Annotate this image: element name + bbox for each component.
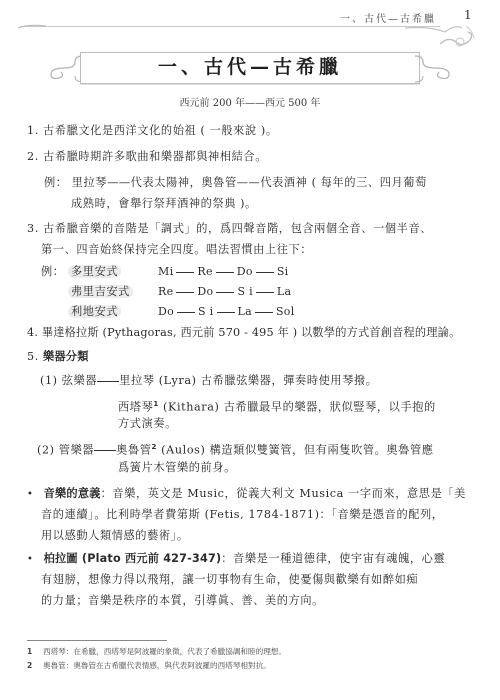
mode-example-label: 例：	[41, 265, 65, 279]
mode-scale-lydian: DoS iLaSol	[158, 305, 295, 319]
footnote-number: 2	[27, 660, 43, 671]
aulos-line-continued: 爲簧片木管樂的前身。	[118, 461, 236, 475]
mode-name: 多里安式	[68, 265, 121, 279]
example-label: 例：	[44, 176, 68, 189]
item-text: 古希臘文化是西洋文化的始祖 ( 一般來說 )。	[43, 124, 278, 137]
item-number: 1.	[27, 124, 39, 137]
bullet-heading: 柏拉圖 (Plato 西元前 427-347)	[44, 552, 222, 565]
kithara-line: 西塔琴1 (Kithara) 古希臘最早的樂器，狀似豎琴，以手抱的	[118, 397, 436, 415]
wind-instruments: (2) 管樂器奧魯管2 (Aulos) 構造類似雙簧管，但有兩隻吹管。奧魯管應	[37, 440, 434, 458]
bullet-plato: • 柏拉圖 (Plato 西元前 427-347)：音樂是一種道德律，使宇宙有魂…	[27, 552, 445, 567]
list-item-4: 4. 畢達格拉斯 (Pythagoras, 西元前 570 - 495 年 ) …	[27, 326, 460, 340]
example-line: 例： 里拉琴——代表太陽神，奧魯管——代表酒神 ( 每年的三、四月葡萄	[44, 176, 427, 190]
item-number: 2.	[27, 150, 39, 163]
bullet-heading: 音樂的意義	[44, 487, 101, 500]
example-text: 里拉琴——代表太陽神，奧魯管——代表酒神 ( 每年的三、四月葡萄	[72, 176, 427, 189]
chapter-title: 一、古代—古希臘	[80, 53, 420, 81]
string-instruments: (1) 弦樂器里拉琴 (Lyra) 古希臘弦樂器，彈奏時使用琴撥。	[40, 374, 378, 388]
list-item-1: 1. 古希臘文化是西洋文化的始祖 ( 一般來說 )。	[27, 124, 278, 138]
item-number: 4.	[27, 326, 38, 339]
bullet-line: 音的連續」。比利時學者費第斯 (Fetis, 1784-1871)：「音樂是憑音…	[41, 508, 444, 522]
list-item-2: 2. 古希臘時期許多歌曲和樂器都與神相結合。	[27, 150, 267, 164]
example-line-continued: 成熟時，會舉行祭拜酒神的祭典 )。	[71, 197, 257, 211]
mode-name-dorian: 多里安式	[68, 265, 121, 278]
item-number: 5.	[27, 350, 39, 363]
item-text: 畢達格拉斯 (Pythagoras, 西元前 570 - 495 年 ) 以數學…	[42, 326, 461, 339]
bullet-line: 用以感動人類情感的藝術」。	[41, 529, 189, 543]
category-text: 里拉琴 (Lyra) 古希臘弦樂器，彈奏時使用琴撥。	[119, 374, 377, 387]
item-text: 古希臘時期許多歌曲和樂器都與神相結合。	[43, 150, 267, 163]
page-number: 1	[464, 8, 472, 22]
item-number: 3.	[27, 222, 39, 235]
footnote-text: 西塔琴：在希臘，西塔琴是阿波羅的象徵，代表了希臘協調和睦的理想。	[43, 647, 286, 656]
bullet-line: 的力量；音樂是秩序的本質，引導眞、善、美的方向。	[41, 594, 324, 608]
footnote-rule	[27, 640, 167, 641]
scroll-curl-left-icon	[45, 52, 85, 84]
list-item-3: 3. 古希臘音樂的音階是「調式」的，爲四聲音階，包含兩個全音、一個半音、	[27, 222, 432, 236]
item-text: 古希臘音樂的音階是「調式」的，爲四聲音階，包含兩個全音、一個半音、	[43, 222, 432, 235]
header-swash-icon	[18, 22, 48, 30]
mode-name: 利地安式	[68, 305, 121, 319]
footnote-2: 2奧魯管：奧魯管在古希臘代表情感，與代表阿波羅的西塔琴相對抗。	[27, 660, 271, 671]
mode-name: 弗里吉安式	[68, 285, 133, 299]
mode-scale-phrygian: ReDoS iLa	[158, 285, 291, 299]
kithara-line-continued: 方式演奏。	[118, 417, 177, 431]
header-rule	[20, 26, 440, 27]
mode-scale-dorian: MiReDoSi	[158, 265, 289, 279]
footnote-1: 1西塔琴：在希臘，西塔琴是阿波羅的象徵，代表了希臘協調和睦的理想。	[27, 646, 286, 657]
footnote-number: 1	[27, 646, 43, 657]
item-heading: 樂器分類	[43, 350, 89, 363]
item-3-continued: 第一、四音始終保持完全四度。唱法習慣由上往下：	[41, 243, 312, 257]
bullet-icon: •	[27, 554, 34, 565]
category-label: (1) 弦樂器	[40, 374, 97, 387]
category-label: (2) 管樂器	[37, 444, 94, 457]
bullet-icon: •	[27, 489, 34, 500]
chapter-period: 西元前 200 年——西元 500 年	[0, 94, 500, 109]
footnote-text: 奧魯管：奧魯管在古希臘代表情感，與代表阿波羅的西塔琴相對抗。	[43, 661, 271, 670]
list-item-5: 5. 樂器分類	[27, 350, 89, 364]
bullet-line: 有翅膀，想像力得以飛翔，讓一切事物有生命，使憂傷與歡樂有如醉如痴	[41, 573, 418, 587]
bullet-music-meaning: • 音樂的意義：音樂，英文是 Music，從義大利文 Musica 一字而來，意…	[27, 487, 466, 502]
mode-name-lydian: 利地安式	[68, 305, 121, 318]
mode-name-phrygian: 弗里吉安式	[68, 285, 133, 298]
floral-ornament-icon	[400, 22, 480, 54]
